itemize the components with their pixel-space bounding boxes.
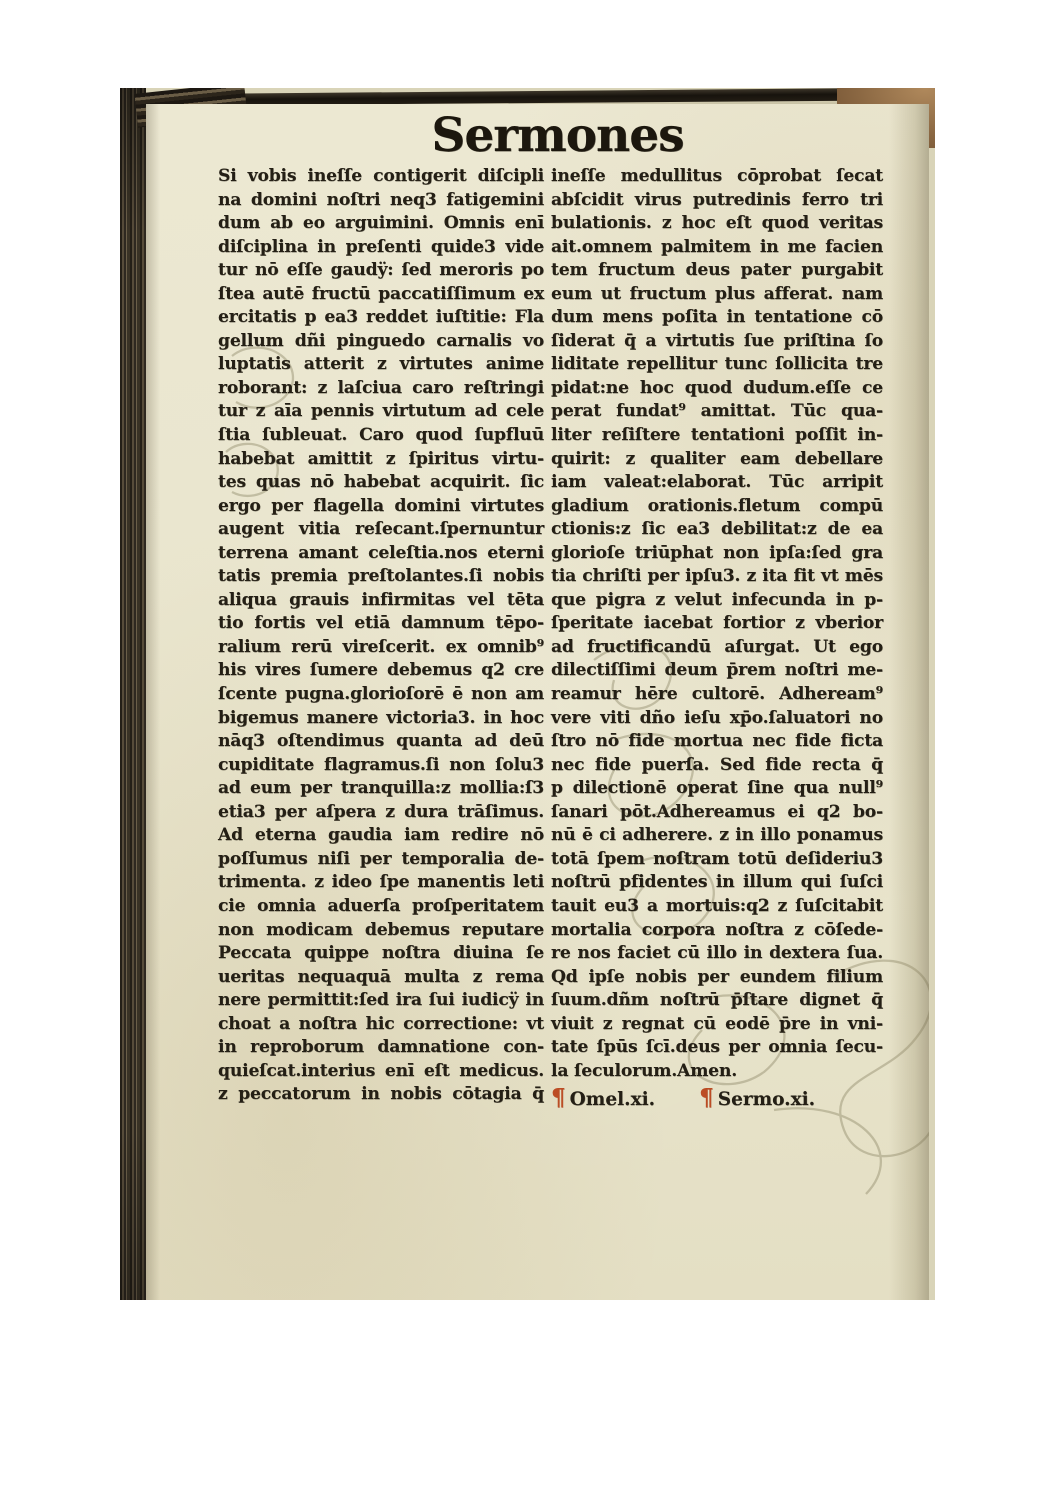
text-line: terrena amant celeſtia.nos eterni xyxy=(218,542,544,566)
text-line: nāq3 oſtendimus quanta ad deū xyxy=(218,730,544,754)
homily-reference-group: ¶Omel.xi. xyxy=(551,1084,655,1111)
homily-reference: Omel.xi. xyxy=(570,1089,655,1110)
text-line: poſſumus niſi per temporalia de- xyxy=(218,848,544,872)
text-line: noſtrū pfidentes in illum qui ſuſci xyxy=(551,871,883,895)
text-line: nec fide puerſa. Sed fide recta q̄ xyxy=(551,754,883,778)
text-line: que pigra z velut infecunda in p- xyxy=(551,589,883,613)
text-line: tia chriſti per ipſu3. z ita fit vt mēs xyxy=(551,565,883,589)
text-line: ad eum per tranquilla:z mollia:ſ3 xyxy=(218,777,544,801)
sermo-reference: Sermo.xi. xyxy=(718,1089,815,1110)
text-line: ercitatis p ea3 reddet iuſtitie: Fla xyxy=(218,306,544,330)
text-line: ſperitate iacebat fortior z vberior xyxy=(551,612,883,636)
text-line: quirit: z qualiter eam debellare xyxy=(551,448,883,472)
text-line: ralium rerū vireſcerit. ex omnib⁹ xyxy=(218,636,544,660)
text-line: z peccatorum in nobis cōtagia q̄ xyxy=(218,1083,544,1107)
text-column-left: Si vobis ineſſe contigerit diſciplina do… xyxy=(218,165,544,1107)
text-line: viuit z regnat cū eodē p̄re in vni- xyxy=(551,1013,883,1037)
book-photo: Sermones Si vobis ineſſe contigerit diſc… xyxy=(120,88,935,1300)
text-line: gladium orationis.fletum compū xyxy=(551,495,883,519)
text-line: gellum dñi pinguedo carnalis vo xyxy=(218,330,544,354)
text-line: ſtia ſubleuat. Caro quod ſupfluū xyxy=(218,424,544,448)
text-line: roborant: z laſciua caro reſtringi xyxy=(218,377,544,401)
text-line: tatis premia preſtolantes.ſi nobis xyxy=(218,565,544,589)
text-line: mortalia corpora noſtra z cōſede- xyxy=(551,919,883,943)
rubric-line: ¶Omel.xi. ¶Sermo.xi. xyxy=(551,1084,883,1111)
text-line: aliqua grauis infirmitas vel tēta xyxy=(218,589,544,613)
text-line: tauit eu3 a mortuis:q2 z ſuſcitabit xyxy=(551,895,883,919)
text-line: ad fructificandū aſurgat. Ut ego xyxy=(551,636,883,660)
text-line: his vires ſumere debemus q2 cre xyxy=(218,659,544,683)
text-line: ſiderat q̄ a virtutis ſue priſtina ſo xyxy=(551,330,883,354)
text-line: p dilectionē operat ſine qua null⁹ xyxy=(551,777,883,801)
text-line: tur nō eſſe gaudÿ: ſed meroris po xyxy=(218,259,544,283)
text-line: etia3 per aſpera z dura trāſimus. xyxy=(218,801,544,825)
book-page: Sermones Si vobis ineſſe contigerit diſc… xyxy=(146,104,929,1300)
pilcrow-icon: ¶ xyxy=(699,1084,714,1111)
text-line: dum ab eo arguimini. Omnis enī xyxy=(218,212,544,236)
text-line: tur z aīa pennis virtutum ad cele xyxy=(218,400,544,424)
text-line: liter reſiſtere tentationi poſſit in- xyxy=(551,424,883,448)
text-line: abſcidit virus putredinis ferro tri xyxy=(551,189,883,213)
scan-background: Sermones Si vobis ineſſe contigerit diſc… xyxy=(0,0,1060,1500)
text-line: totā ſpem noſtram totū deſideriu3 xyxy=(551,848,883,872)
text-line: ſcente pugna.glorioſorē ē non am xyxy=(218,683,544,707)
text-line: ſuum.dñm noſtrū p̄ſtare dignet q̄ xyxy=(551,989,883,1013)
page-title: Sermones xyxy=(431,108,683,163)
text-line: eum ut fructum plus afferat. nam xyxy=(551,283,883,307)
text-line: augent vitia reſecant.ſpernuntur xyxy=(218,518,544,542)
text-line: dum mens poſita in tentatione cō xyxy=(551,306,883,330)
text-line: liditate repellitur tunc ſollicita tre xyxy=(551,353,883,377)
text-line: trimenta. z ideo ſpe manentis leti xyxy=(218,871,544,895)
text-line: Si vobis ineſſe contigerit diſcipli xyxy=(218,165,544,189)
text-line: nū ē ci adherere. z in illo ponamus xyxy=(551,824,883,848)
text-line: ueritas nequaquā multa z rema xyxy=(218,966,544,990)
text-line: ſtro nō fide mortua nec fide ficta xyxy=(551,730,883,754)
text-line: in reproborum damnatione con- xyxy=(218,1036,544,1060)
text-line: cupiditate flagramus.ſi non ſolu3 xyxy=(218,754,544,778)
text-line: iam valeat:elaborat. Tūc arripit xyxy=(551,471,883,495)
text-line: reamur hēre cultorē. Adheream⁹ xyxy=(551,683,883,707)
text-line: ſanari pōt.Adhereamus ei q2 bo- xyxy=(551,801,883,825)
text-line: na domini noſtri neq3 fatigemini xyxy=(218,189,544,213)
text-line: bulationis. z hoc eſt quod veritas xyxy=(551,212,883,236)
text-line: tate ſpūs ſcī.deus per omnia ſecu- xyxy=(551,1036,883,1060)
text-line: ait.omnem palmitem in me facien xyxy=(551,236,883,260)
text-line: tio fortis vel etiā damnum tēpo- xyxy=(218,612,544,636)
text-line: habebat amittit z ſpiritus virtu- xyxy=(218,448,544,472)
text-line: luptatis atterit z virtutes anime xyxy=(218,353,544,377)
text-line: tes quas nō habebat acquirit. ſic xyxy=(218,471,544,495)
text-line: re nos faciet cū illo in dextera ſua. xyxy=(551,942,883,966)
text-line: Peccata quippe noſtra diuina ſe xyxy=(218,942,544,966)
text-line: ergo per flagella domini virtutes xyxy=(218,495,544,519)
book-binding-edge xyxy=(120,88,146,1300)
text-line: la ſeculorum.Amen. xyxy=(551,1060,883,1084)
text-line: nere permittit:ſed ira ſui iudicÿ in xyxy=(218,989,544,1013)
text-line: ctionis:z ſic ea3 debilitat:z de ea xyxy=(551,518,883,542)
text-line: ſtea autē fructū paccatiſſimum ex xyxy=(218,283,544,307)
pilcrow-icon: ¶ xyxy=(551,1084,566,1111)
text-line: quieſcat.interius enī eſt medicus. xyxy=(218,1060,544,1084)
text-line: diſciplina in preſenti quide3 vide xyxy=(218,236,544,260)
text-line: vere viti dño ieſu xp̄o.ſaluatori no xyxy=(551,707,883,731)
text-line: choat a noſtra hic correctione: vt xyxy=(218,1013,544,1037)
text-line: dilectiſſimi deum p̄rem noſtri me- xyxy=(551,659,883,683)
text-line: Ad eterna gaudia iam redire nō xyxy=(218,824,544,848)
text-line: bigemus manere victoria3. in hoc xyxy=(218,707,544,731)
sermo-reference-group: ¶Sermo.xi. xyxy=(699,1084,815,1111)
text-line: tem fructum deus pater purgabit xyxy=(551,259,883,283)
text-line: perat fundat⁹ amittat. Tūc qua- xyxy=(551,400,883,424)
text-line: cie omnia aduerſa proſperitatem xyxy=(218,895,544,919)
text-column-right: ineſſe medullitus cōprobat ſecatabſcidit… xyxy=(551,165,883,1083)
text-line: Qd ipſe nobis per eundem filium xyxy=(551,966,883,990)
text-line: non modicam debemus reputare xyxy=(218,919,544,943)
text-line: ineſſe medullitus cōprobat ſecat xyxy=(551,165,883,189)
text-line: glorioſe triūphat non ipſa:ſed gra xyxy=(551,542,883,566)
text-line: pidat:ne hoc quod dudum.eſſe ce xyxy=(551,377,883,401)
